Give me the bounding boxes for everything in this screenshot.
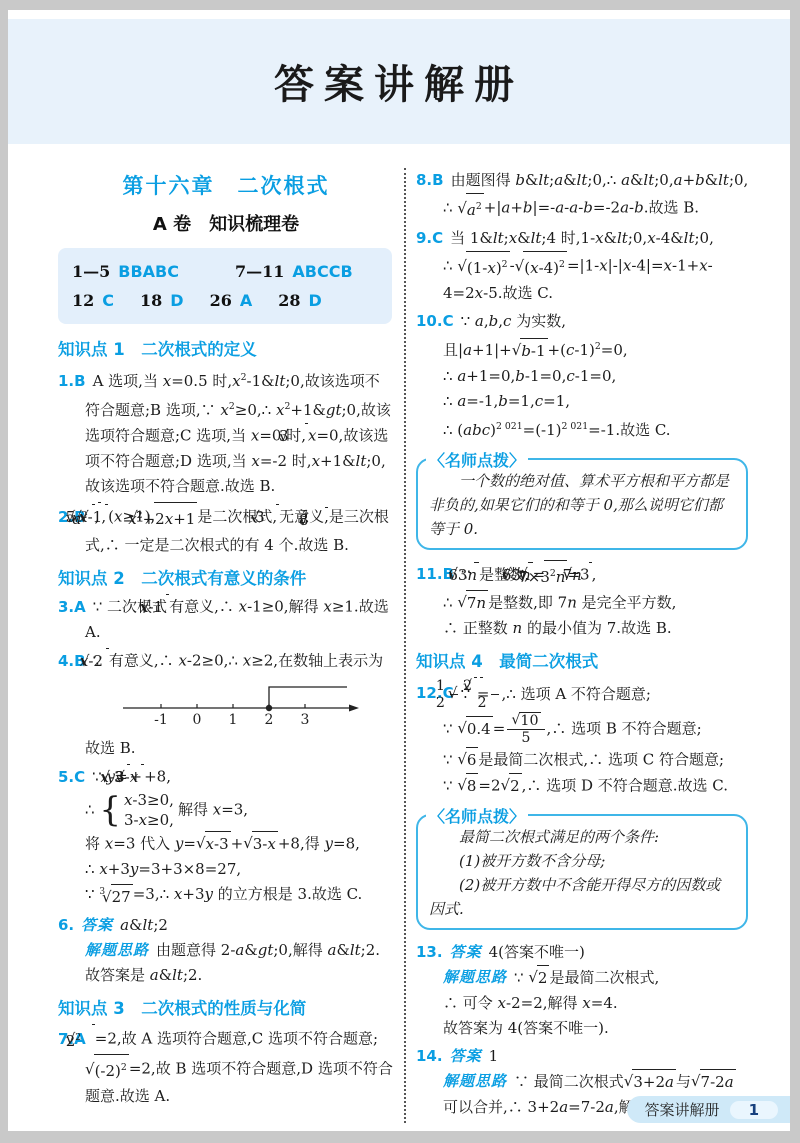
solution-paragraph: 故选 B. <box>85 736 394 761</box>
question-range: 18 <box>140 291 162 310</box>
solution-paragraph: 故答案为 4(答案不唯一). <box>443 1016 750 1041</box>
answer-key-entry: 12C <box>72 286 114 315</box>
solution-paragraph: 将 x=3 代入 y=√x-3+√3-x+8,得 y=8, <box>85 831 394 857</box>
solution-item: 3.A∵ 二次根式√x-1有意义,∴ x-1≥0,解得 x≥1.故选 A. <box>58 594 394 645</box>
answer-key-row: 12C18D26A28D <box>72 286 378 315</box>
item-number: 9.C <box>416 229 443 247</box>
solution-paragraph: ∴ √a2+|a+b|=-a-a-b=-2a-b.故选 B. <box>443 193 750 223</box>
solution-paragraph: 7.A√22=2,故 A 选项符合题意,C 选项不符合题意; <box>85 1024 394 1054</box>
solution-paragraph: ∵ √8=2√2,∴ 选项 D 不符合题意.故选 C. <box>443 773 750 799</box>
knowledge-point-heading: 知识点 3 二次根式的性质与化简 <box>58 995 394 1019</box>
scan-background: 答案讲解册 第十六章 二次根式 A 卷 知识梳理卷 1—5BBABC7—11AB… <box>0 0 800 1143</box>
answer-key-entry: 1—5BBABC <box>72 257 179 286</box>
solution-paragraph: 6.答案a&lt;2 <box>85 913 394 938</box>
page-number-badge: 1 <box>730 1101 778 1119</box>
right-column: 8.B由题图得 b&lt;a&lt;0,∴ a&lt;0,a+b&lt;0,∴ … <box>416 168 750 1123</box>
tip-text: (2)被开方数中不含能开得尽方的因数或因式. <box>429 873 735 921</box>
solution-item: 11.B∵ √63n是整数,√63n=√7×32n=3√7n,∴ √7n是整数,… <box>416 560 750 641</box>
solution-paragraph: ∴ a+1=0,b-1=0,c-1=0, <box>443 364 750 389</box>
solution-paragraph: 且|a+1|+√b-1+(c-1)2=0, <box>443 334 750 364</box>
solution-paragraph: 9.C当 1&lt;x&lt;4 时,1-x&lt;0,x-4&lt;0, <box>443 226 750 251</box>
knowledge-point-heading: 知识点 1 二次根式的定义 <box>58 336 394 360</box>
teacher-tip-box: 〈名师点拨〉一个数的绝对值、算术平方根和平方都是非负的,如果它们的和等于 0,那… <box>416 458 748 550</box>
item-number: 1.B <box>58 372 86 390</box>
column-divider <box>404 168 406 1123</box>
svg-text:2: 2 <box>264 712 273 728</box>
solution-item: 1.BA 选项,当 x=0.5 时,x2-1&lt;0,故该选项不符合题意;B … <box>58 365 394 499</box>
solution-paragraph: ∴ {x-3≥0,3-x≥0,解得 x=3, <box>85 790 394 831</box>
answer-letters: A <box>240 291 252 310</box>
tip-box-title: 〈名师点拨〉 <box>426 448 528 471</box>
answer-book-page: 答案讲解册 第十六章 二次根式 A 卷 知识梳理卷 1—5BBABC7—11AB… <box>8 10 790 1131</box>
solution-paragraph: 解题思路∵ √2是最简二次根式, <box>443 965 750 991</box>
item-number: 3.A <box>58 598 86 616</box>
teacher-tip-box: 〈名师点拨〉最简二次根式满足的两个条件:(1)被开方数不含分母;(2)被开方数中… <box>416 814 748 930</box>
item-number: 8.B <box>416 171 444 189</box>
answer-key-row: 1—5BBABC7—11ABCCB <box>72 257 378 286</box>
answer-letters: BBABC <box>118 262 179 281</box>
right-solutions: 8.B由题图得 b&lt;a&lt;0,∴ a&lt;0,a+b&lt;0,∴ … <box>416 168 750 1120</box>
svg-text:-1: -1 <box>154 712 168 728</box>
left-column: 第十六章 二次根式 A 卷 知识梳理卷 1—5BBABC7—11ABCCB12C… <box>58 168 394 1123</box>
answer-key-entry: 26A <box>210 286 253 315</box>
footer-book-label: 答案讲解册 <box>645 1099 720 1120</box>
answer-label: 解题思路 <box>443 1072 507 1090</box>
question-range: 28 <box>278 291 300 310</box>
solution-paragraph: 10.C∵ a,b,c 为实数, <box>443 309 750 334</box>
solution-item: 8.B由题图得 b&lt;a&lt;0,∴ a&lt;0,a+b&lt;0,∴ … <box>416 168 750 223</box>
solution-paragraph: ∴ √(1-x)2-√(x-4)2=|1-x|-|x-4|=x-1+x-4=2x… <box>443 251 750 306</box>
solution-paragraph: ∴ 可令 x-2=2,解得 x=4. <box>443 991 750 1016</box>
solution-paragraph: 故答案是 a&lt;2. <box>85 963 394 988</box>
solution-paragraph: 13.答案4(答案不唯一) <box>443 940 750 965</box>
answer-label: 答案 <box>450 1047 482 1065</box>
question-range: 7—11 <box>235 262 284 281</box>
answer-letters: ABCCB <box>292 262 352 281</box>
number-line-svg: -10123 <box>115 674 365 728</box>
solution-item: 10.C∵ a,b,c 为实数,且|a+1|+√b-1+(c-1)2=0,∴ a… <box>416 309 750 443</box>
tip-text: 一个数的绝对值、算术平方根和平方都是非负的,如果它们的和等于 0,那么说明它们都… <box>429 469 735 541</box>
item-number: 5.C <box>58 768 85 786</box>
answer-key-box: 1—5BBABC7—11ABCCB12C18D26A28D <box>58 248 392 324</box>
knowledge-point-heading: 知识点 2 二次根式有意义的条件 <box>58 565 394 589</box>
solution-paragraph: 2.B√5,√a2,√x-1(x≥1),√x2+2x+1是二次根式,√-3无意义… <box>85 502 394 558</box>
item-number: 13. <box>416 943 443 961</box>
solution-paragraph: 解题思路由题意得 2-a&gt;0,解得 a&lt;2. <box>85 938 394 963</box>
answer-key-entry: 7—11ABCCB <box>235 257 353 286</box>
solution-paragraph: ∵ 3√27=3,∴ x+3y 的立方根是 3.故选 C. <box>85 882 394 911</box>
solution-paragraph: ∴ (abc)2 021=(-1)2 021=-1.故选 C. <box>443 414 750 443</box>
solution-paragraph: 5.C∵ y=√x-3+√3-x+8, <box>85 764 394 790</box>
solution-paragraph: 3.A∵ 二次根式√x-1有意义,∴ x-1≥0,解得 x≥1.故选 A. <box>85 594 394 645</box>
answer-key-entry: 18D <box>140 286 184 315</box>
svg-text:0: 0 <box>192 712 201 728</box>
answer-letters: D <box>170 291 183 310</box>
answer-label: 答案 <box>81 916 113 934</box>
paper-title: A 卷 知识梳理卷 <box>58 210 394 236</box>
solution-paragraph: 12.C∵ √12=√22,∴ 选项 A 不符合题意; <box>443 677 750 712</box>
solution-paragraph: ∴ a=-1,b=1,c=1, <box>443 389 750 414</box>
svg-text:3: 3 <box>300 712 309 728</box>
solution-item: 9.C当 1&lt;x&lt;4 时,1-x&lt;0,x-4&lt;0,∴ √… <box>416 226 750 306</box>
knowledge-point-heading: 知识点 4 最简二次根式 <box>416 648 750 672</box>
solution-paragraph: ∴ √7n是整数,即 7n 是完全平方数, <box>443 590 750 616</box>
question-range: 26 <box>210 291 232 310</box>
solution-item: 6.答案a&lt;2解题思路由题意得 2-a&gt;0,解得 a&lt;2.故答… <box>58 913 394 988</box>
tip-box-title: 〈名师点拨〉 <box>426 804 528 827</box>
solution-paragraph: 4.B∵ √x-2有意义,∴ x-2≥0,∴ x≥2,在数轴上表示为 <box>85 648 394 674</box>
answer-letters: C <box>102 291 114 310</box>
solution-paragraph: ∵ √6是最简二次根式,∴ 选项 C 符合题意; <box>443 747 750 773</box>
item-number: 10.C <box>416 312 454 330</box>
answer-label: 答案 <box>450 943 482 961</box>
number-line-figure: -10123 <box>85 674 394 736</box>
item-number: 6. <box>58 916 74 934</box>
solution-item: 5.C∵ y=√x-3+√3-x+8,∴ {x-3≥0,3-x≥0,解得 x=3… <box>58 764 394 910</box>
left-solutions: 知识点 1 二次根式的定义1.BA 选项,当 x=0.5 时,x2-1&lt;0… <box>58 336 394 1109</box>
answer-key-entry: 28D <box>278 286 322 315</box>
chapter-title: 第十六章 二次根式 <box>58 170 394 200</box>
question-range: 1—5 <box>72 262 110 281</box>
solution-item: 13.答案4(答案不唯一)解题思路∵ √2是最简二次根式,∴ 可令 x-2=2,… <box>416 940 750 1041</box>
solution-paragraph: 14.答案1 <box>443 1044 750 1069</box>
solution-paragraph: 11.B∵ √63n是整数,√63n=√7×32n=3√7n, <box>443 560 750 590</box>
answer-label: 解题思路 <box>443 968 507 986</box>
solution-item: 4.B∵ √x-2有意义,∴ x-2≥0,∴ x≥2,在数轴上表示为-10123… <box>58 648 394 761</box>
answer-letters: D <box>308 291 321 310</box>
solution-paragraph: ∵ √0.4=√105,∴ 选项 B 不符合题意; <box>443 712 750 747</box>
solution-paragraph: 1.BA 选项,当 x=0.5 时,x2-1&lt;0,故该选项不符合题意;B … <box>85 365 394 499</box>
question-range: 12 <box>72 291 94 310</box>
page-footer: 答案讲解册 1 <box>627 1096 790 1123</box>
solution-paragraph: ∴ x+3y=3+3×8=27, <box>85 857 394 882</box>
solution-item: 2.B√5,√a2,√x-1(x≥1),√x2+2x+1是二次根式,√-3无意义… <box>58 502 394 558</box>
solution-paragraph: 8.B由题图得 b&lt;a&lt;0,∴ a&lt;0,a+b&lt;0, <box>443 168 750 193</box>
tip-text: 最简二次根式满足的两个条件: <box>429 825 735 849</box>
solution-paragraph: √(-2)2=2,故 B 选项不符合题意,D 选项不符合题意.故选 A. <box>85 1054 394 1109</box>
solution-item: 7.A√22=2,故 A 选项符合题意,C 选项不符合题意;√(-2)2=2,故… <box>58 1024 394 1109</box>
solution-paragraph: ∴ 正整数 n 的最小值为 7.故选 B. <box>443 616 750 641</box>
page-banner: 答案讲解册 <box>8 19 790 144</box>
solution-item: 12.C∵ √12=√22,∴ 选项 A 不符合题意;∵ √0.4=√105,∴… <box>416 677 750 799</box>
svg-text:1: 1 <box>228 712 237 728</box>
tip-text: (1)被开方数不含分母; <box>429 849 735 873</box>
item-number: 14. <box>416 1047 443 1065</box>
book-title: 答案讲解册 <box>274 53 524 110</box>
answer-label: 解题思路 <box>85 941 149 959</box>
page-content: 第十六章 二次根式 A 卷 知识梳理卷 1—5BBABC7—11ABCCB12C… <box>8 144 790 1123</box>
